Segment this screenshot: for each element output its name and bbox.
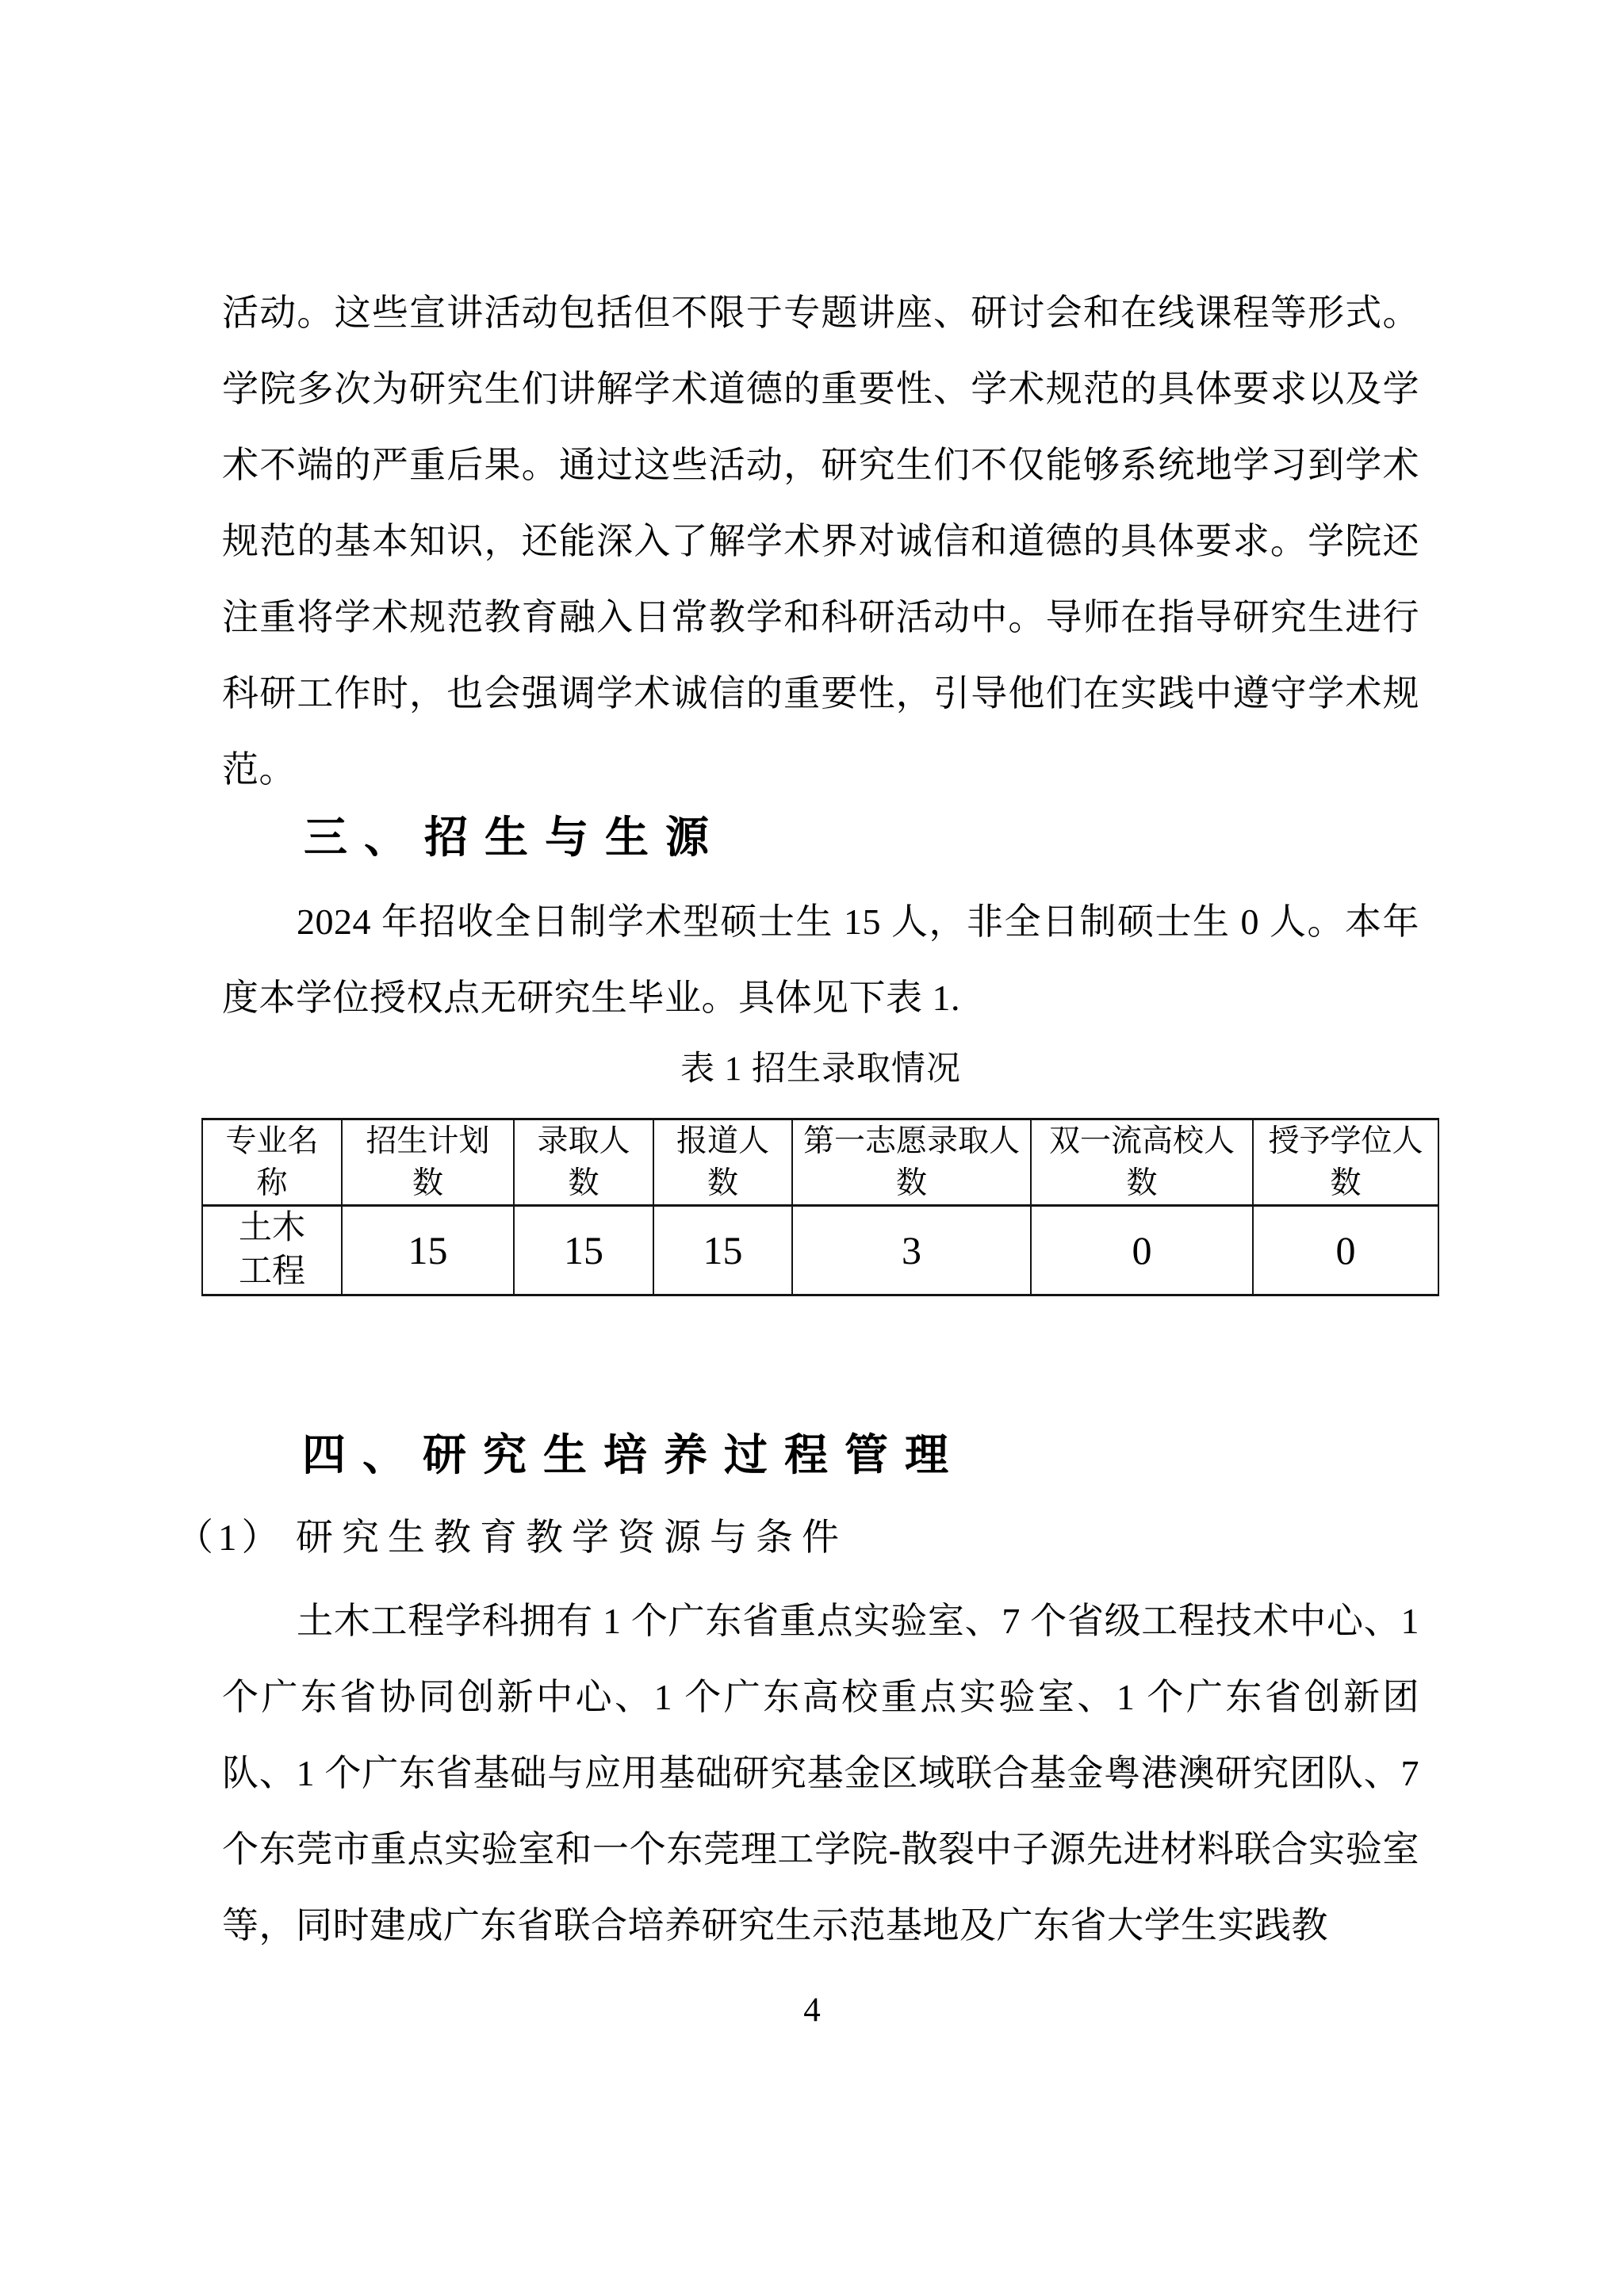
col-header-degree-awarded-count: 授予学位人 数 (1253, 1119, 1438, 1206)
col-header-plan-count: 招生计划 数 (342, 1119, 514, 1206)
col-header-first-choice-count: 第一志愿录取人 数 (792, 1119, 1031, 1206)
sub-heading-title: 研究生教育教学资源与条件 (296, 1517, 848, 1559)
table-header-row: 专业名 称 招生计划 数 录取人 数 报道人 数 第一志愿录取人 数 双一流高校… (202, 1119, 1438, 1206)
page-number: 4 (0, 1988, 1624, 2033)
table-caption: 表 1 招生录取情况 (222, 1047, 1419, 1093)
enrollment-table: 专业名 称 招生计划 数 录取人 数 报道人 数 第一志愿录取人 数 双一流高校… (201, 1118, 1439, 1296)
paragraph-academic-norms: 活动。这些宣讲活动包括但不限于专题讲座、研讨会和在线课程等形式。学院多次为研究生… (222, 275, 1419, 808)
section-heading-training-management: 四、研究生培养过程管理 (302, 1428, 965, 1482)
paragraph-resources: 土木工程学科拥有 1 个广东省重点实验室、7 个省级工程技术中心、1 个广东省协… (222, 1583, 1419, 1964)
col-header-major: 专业名 称 (202, 1119, 342, 1206)
cell-double-first-class-count: 0 (1031, 1206, 1253, 1295)
col-header-admitted-count: 录取人 数 (514, 1119, 653, 1206)
paragraph-enrollment: 2024 年招收全日制学术型硕士生 15 人，非全日制硕士生 0 人。本年度本学… (222, 884, 1419, 1036)
cell-registered-count: 15 (653, 1206, 792, 1295)
document-page: 活动。这些宣讲活动包括但不限于专题讲座、研讨会和在线课程等形式。学院多次为研究生… (0, 0, 1624, 2296)
section-heading-enrollment: 三、招生与生源 (304, 810, 726, 864)
cell-major: 土木 工程 (202, 1206, 342, 1295)
table-row: 土木 工程 15 15 15 3 0 0 (202, 1206, 1438, 1295)
cell-first-choice-count: 3 (792, 1206, 1031, 1295)
cell-admitted-count: 15 (514, 1206, 653, 1295)
cell-plan-count: 15 (342, 1206, 514, 1295)
cell-degree-awarded-count: 0 (1253, 1206, 1438, 1295)
sub-heading-marker: （1） (176, 1514, 296, 1562)
col-header-registered-count: 报道人 数 (653, 1119, 792, 1206)
col-header-double-first-class-count: 双一流高校人 数 (1031, 1119, 1253, 1206)
sub-heading-resources: （1）研究生教育教学资源与条件 (176, 1514, 848, 1562)
